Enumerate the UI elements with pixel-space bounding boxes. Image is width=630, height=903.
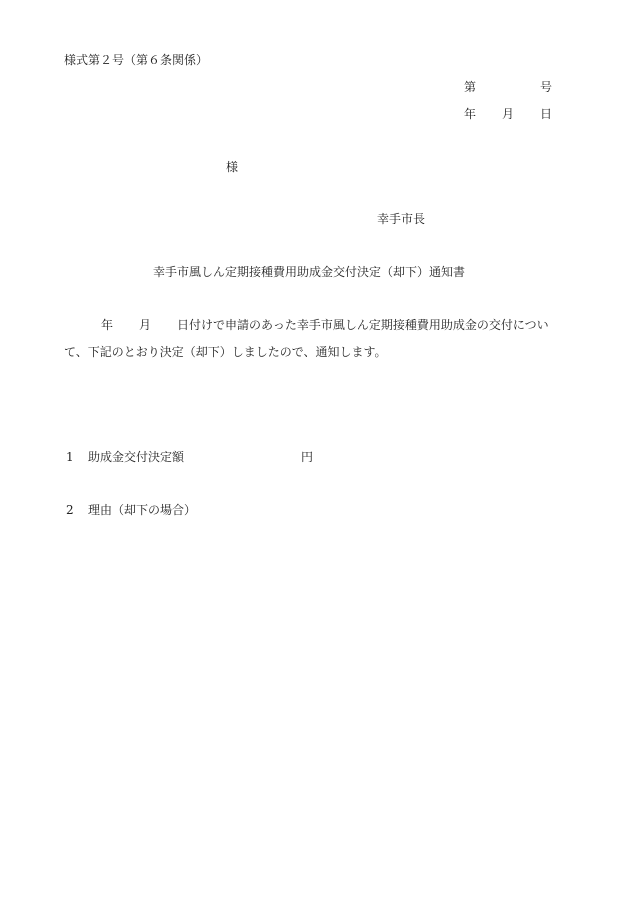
doc-number-prefix: 第 [464,80,476,94]
issuer: 幸手市長 [377,212,425,226]
document-title: 幸手市風しん定期接種費用助成金交付決定（却下）通知書 [153,265,465,279]
item-1-number: 1 [66,450,74,464]
body-year: 年 [101,318,113,332]
item-1-label: 助成金交付決定額 [88,450,184,464]
item-1-unit: 円 [301,450,313,464]
body-line-1: 日付けで申請のあった幸手市風しん定期接種費用助成金の交付につい [177,318,549,332]
date-year: 年 [464,107,476,121]
body-line-2: て、下記のとおり決定（却下）しましたので、通知します。 [64,345,387,359]
item-2-number: 2 [66,503,74,517]
date-day: 日 [540,107,552,121]
form-label: 様式第２号（第６条関係） [64,53,208,67]
addressee-suffix: 様 [226,160,238,174]
doc-number-suffix: 号 [540,80,552,94]
date-month: 月 [502,107,514,121]
body-month: 月 [139,318,151,332]
item-2-label: 理由（却下の場合） [88,503,196,517]
